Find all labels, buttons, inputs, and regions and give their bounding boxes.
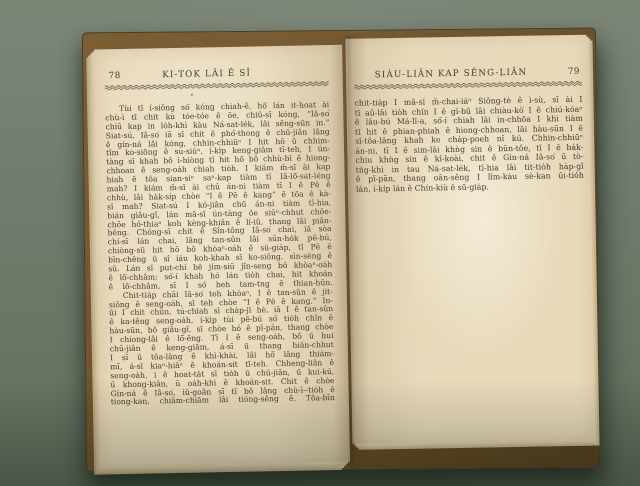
right-page-header: SIÀU-LIÂN KAP SÊNG-LIÂN 79 <box>354 67 582 83</box>
right-page-text: chit-tia̍p I mā-sī m̄-chai-iáⁿ Siōng-tè … <box>354 95 584 194</box>
paragraph: Tùi tī í-siōng só͘ kóng chiah-ê, hō͘ lán… <box>105 101 333 292</box>
paragraph: Chit-tia̍p chāi Iâ-so͘ teh khòaⁿ, I ê ta… <box>109 288 335 408</box>
left-page-number: 78 <box>108 71 120 81</box>
text-line: tiong-kan, chiām-chiām lâi tióng-sêng ê.… <box>111 394 335 407</box>
left-page-surface: 78 KI-TOK LÂI Ê SÎ Tùi tī í-siōng só͘ kó… <box>94 45 350 467</box>
left-running-title: KI-TOK LÂI Ê SÎ <box>104 67 328 81</box>
paragraph: chit-tia̍p I mā-sī m̄-chai-iáⁿ Siōng-tè … <box>354 95 584 194</box>
right-page-number: 79 <box>568 67 580 77</box>
right-page: SIÀU-LIÂN KAP SÊNG-LIÂN 79 chit-tia̍p I … <box>345 35 593 444</box>
right-running-title: SIÀU-LIÂN KAP SÊNG-LIÂN <box>354 67 582 81</box>
photo-background: 78 KI-TOK LÂI Ê SÎ Tùi tī í-siōng só͘ kó… <box>0 0 640 486</box>
right-page-surface: SIÀU-LIÂN KAP SÊNG-LIÂN 79 chit-tia̍p I … <box>345 35 593 444</box>
ink-speck <box>191 94 193 96</box>
book: 78 KI-TOK LÂI Ê SÎ Tùi tī í-siōng só͘ kó… <box>82 28 600 473</box>
left-page-text: Tùi tī í-siōng só͘ kóng chiah-ê, hō͘ lán… <box>105 101 335 408</box>
left-page: 78 KI-TOK LÂI Ê SÎ Tùi tī í-siōng só͘ kó… <box>94 45 350 467</box>
